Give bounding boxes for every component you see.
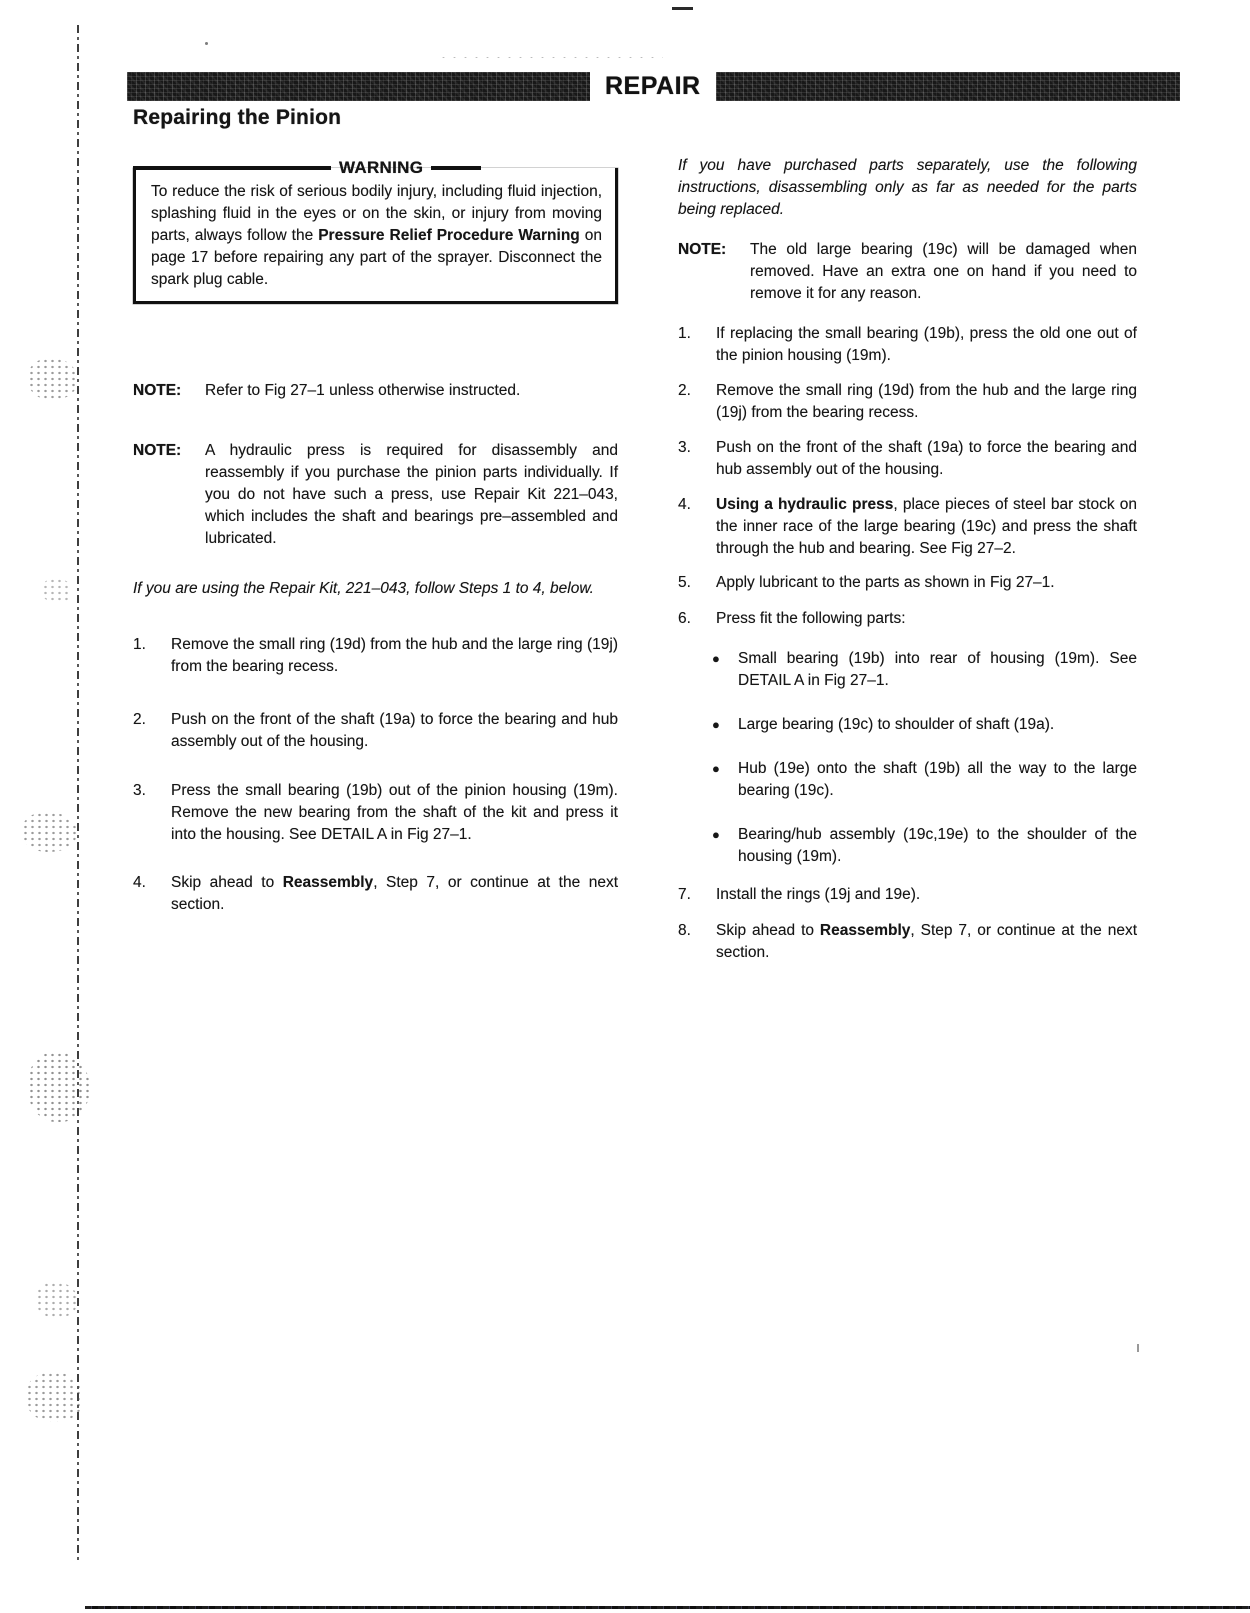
note-label: NOTE: [678, 239, 750, 305]
bullet-icon: ● [712, 824, 738, 868]
step-number: 3. [678, 437, 716, 481]
list-item: 1. Remove the small ring (19d) from the … [133, 634, 618, 678]
list-item: 8. Skip ahead to Reassembly, Step 7, or … [678, 920, 1137, 964]
bullet-text: Small bearing (19b) into rear of housing… [738, 648, 1137, 692]
step-text: Press fit the following parts: [716, 608, 1137, 630]
warning-body: To reduce the risk of serious bodily inj… [151, 181, 602, 291]
scan-artifact-dot [205, 42, 208, 45]
list-item: 3. Push on the front of the shaft (19a) … [678, 437, 1137, 481]
note-label: NOTE: [133, 440, 205, 550]
step-number: 2. [133, 709, 171, 753]
step-text: Push on the front of the shaft (19a) to … [171, 709, 618, 753]
note-old-bearing: NOTE: The old large bearing (19c) will b… [678, 239, 1137, 305]
list-item: 4. Skip ahead to Reassembly, Step 7, or … [133, 872, 618, 916]
list-item: 2. Push on the front of the shaft (19a) … [133, 709, 618, 753]
note-body: Refer to Fig 27–1 unless otherwise instr… [205, 380, 618, 402]
step-text: Remove the small ring (19d) from the hub… [716, 380, 1137, 424]
page-edge-scanline [77, 25, 79, 1562]
list-item: 4. Using a hydraulic press, place pieces… [678, 494, 1137, 560]
note-hydraulic-press: NOTE: A hydraulic press is required for … [133, 440, 618, 550]
step-text: Skip ahead to Reassembly, Step 7, or con… [716, 920, 1137, 964]
scan-artifact-tick [1137, 1344, 1139, 1352]
note-body: The old large bearing (19c) will be dama… [750, 239, 1137, 305]
warning-rule-right [431, 166, 481, 170]
step-number: 2. [678, 380, 716, 424]
repair-section-banner: REPAIR [127, 72, 1180, 101]
bullet-icon: ● [712, 714, 738, 736]
warning-box-header: WARNING [133, 159, 618, 177]
step-text: If replacing the small bearing (19b), pr… [716, 323, 1137, 367]
bullet-item: ● Hub (19e) onto the shaft (19b) all the… [712, 758, 1137, 802]
step-number: 1. [678, 323, 716, 367]
step-text: Apply lubricant to the parts as shown in… [716, 572, 1137, 594]
step-number: 8. [678, 920, 716, 964]
bullet-icon: ● [712, 758, 738, 802]
step-text: Using a hydraulic press, place pieces of… [716, 494, 1137, 560]
margin-smudge [42, 578, 72, 603]
left-column: WARNING To reduce the risk of serious bo… [133, 150, 618, 964]
scan-artifact-dash [672, 7, 693, 10]
margin-smudge [28, 358, 78, 400]
bullet-item: ● Small bearing (19b) into rear of housi… [712, 648, 1137, 692]
list-item: 2. Remove the small ring (19d) from the … [678, 380, 1137, 424]
step-text: Skip ahead to Reassembly, Step 7, or con… [171, 872, 618, 916]
step-number: 6. [678, 608, 716, 630]
right-column: If you have purchased parts separately, … [678, 150, 1137, 964]
banner-bar-left [127, 72, 590, 101]
list-item: 6. Press fit the following parts: [678, 608, 1137, 630]
page-content: WARNING To reduce the risk of serious bo… [133, 150, 1137, 964]
purchased-parts-intro: If you have purchased parts separately, … [678, 155, 1137, 221]
margin-smudge [36, 1282, 78, 1318]
step-number: 5. [678, 572, 716, 594]
note-label: NOTE: [133, 380, 205, 402]
step-number: 7. [678, 884, 716, 906]
bullet-item: ● Large bearing (19c) to shoulder of sha… [712, 714, 1137, 736]
repair-kit-intro: If you are using the Repair Kit, 221–043… [133, 578, 618, 600]
margin-smudge [28, 1052, 90, 1122]
warning-box: WARNING To reduce the risk of serious bo… [133, 168, 618, 304]
banner-bar-right [716, 72, 1180, 101]
bullet-text: Bearing/hub assembly (19c,19e) to the sh… [738, 824, 1137, 868]
margin-smudge [22, 812, 77, 852]
section-title: Repairing the Pinion [133, 106, 341, 130]
bullet-icon: ● [712, 648, 738, 692]
list-item: 1. If replacing the small bearing (19b),… [678, 323, 1137, 367]
page-title: REPAIR [590, 72, 716, 101]
step-number: 4. [133, 872, 171, 916]
list-item: 5. Apply lubricant to the parts as shown… [678, 572, 1137, 594]
bottom-edge-scanline [85, 1606, 1250, 1609]
step-number: 4. [678, 494, 716, 560]
scan-artifact-specks [438, 55, 663, 62]
margin-smudge [26, 1372, 84, 1422]
note-refer-fig: NOTE: Refer to Fig 27–1 unless otherwise… [133, 380, 618, 402]
step-text: Install the rings (19j and 19e). [716, 884, 1137, 906]
note-body: A hydraulic press is required for disass… [205, 440, 618, 550]
step-text: Press the small bearing (19b) out of the… [171, 780, 618, 846]
bullet-item: ● Bearing/hub assembly (19c,19e) to the … [712, 824, 1137, 868]
step-text: Remove the small ring (19d) from the hub… [171, 634, 618, 678]
step-number: 1. [133, 634, 171, 678]
list-item: 3. Press the small bearing (19b) out of … [133, 780, 618, 846]
list-item: 7. Install the rings (19j and 19e). [678, 884, 1137, 906]
bullet-text: Large bearing (19c) to shoulder of shaft… [738, 714, 1137, 736]
warning-title: WARNING [331, 159, 431, 177]
step-number: 3. [133, 780, 171, 846]
warning-rule-left [133, 166, 331, 170]
bullet-text: Hub (19e) onto the shaft (19b) all the w… [738, 758, 1137, 802]
step-text: Push on the front of the shaft (19a) to … [716, 437, 1137, 481]
